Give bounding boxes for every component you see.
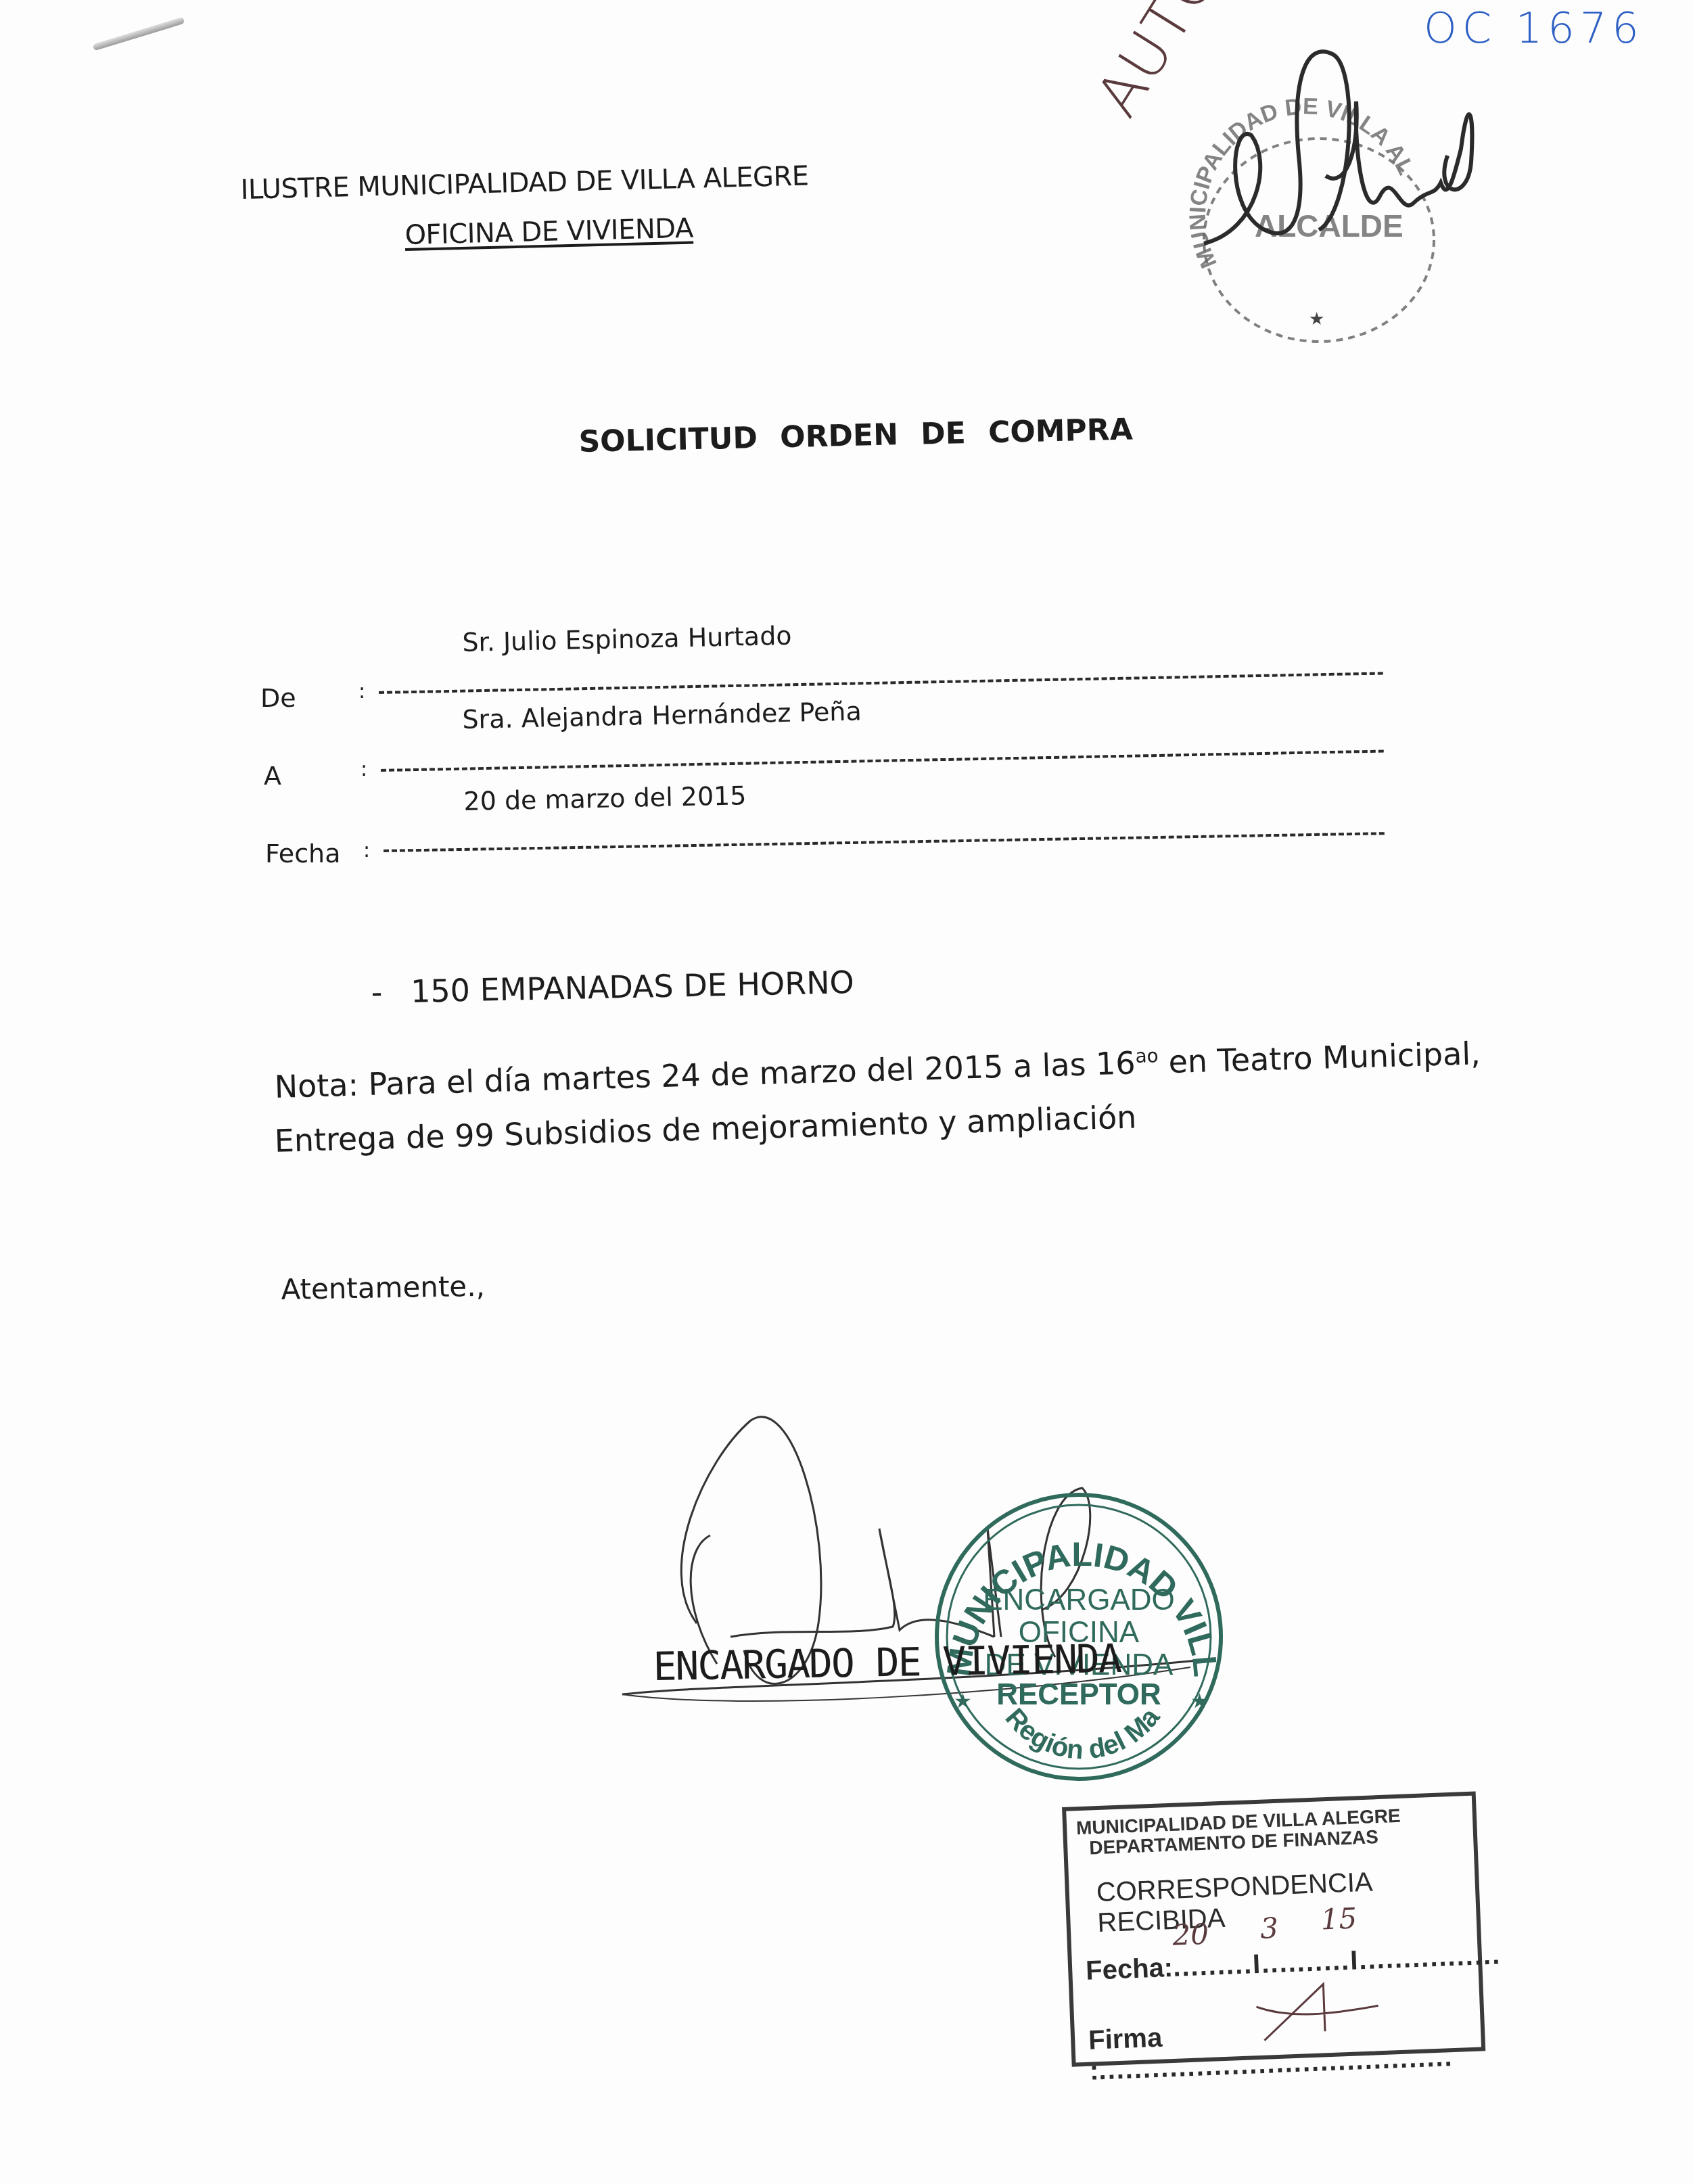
staple-mark: [93, 17, 185, 51]
received-stamp-line-3: CORRESPONDENCIA RECIBIDA: [1096, 1863, 1477, 1938]
item-bullet: -: [371, 974, 383, 1010]
field-date-label: Fecha: [265, 839, 340, 868]
alcalde-signature: [1177, 41, 1556, 298]
signature-title: ENCARGADO DE VIVIENDA: [653, 1635, 1121, 1690]
list-item: -150 EMPANADAS DE HORNO: [371, 964, 854, 1010]
note-line-1: Nota: Para el día martes 24 de marzo del…: [274, 1035, 1481, 1105]
office-name: OFICINA DE VIVIENDA: [404, 213, 693, 251]
note-line-2: Entrega de 99 Subsidios de mejoramiento …: [274, 1098, 1137, 1159]
institution-name: ILUSTRE MUNICIPALIDAD DE VILLA ALEGRE: [240, 160, 809, 206]
svg-text:★: ★: [954, 1690, 972, 1713]
field-date-line: [384, 832, 1385, 852]
field-from-label: De: [260, 683, 296, 713]
received-day: 20: [1172, 1918, 1209, 1952]
field-from-colon: :: [358, 680, 365, 703]
vivienda-stamp-line-1: ENCARGADO: [983, 1583, 1175, 1617]
svg-text:★: ★: [1309, 309, 1324, 329]
field-from-value: Sr. Julio Espinoza Hurtado: [462, 621, 792, 657]
vivienda-stamp: MUNICIPALIDAD VILLA ALEGRE Región del Ma…: [923, 1474, 1234, 1786]
field-to-value: Sra. Alejandra Hernández Peña: [462, 697, 862, 735]
field-from-line: [379, 672, 1383, 694]
received-signature-mark: [1249, 1968, 1387, 2048]
field-date-value: 20 de marzo del 2015: [463, 781, 747, 816]
field-to-line: [381, 750, 1384, 772]
item-text: 150 EMPANADAS DE HORNO: [411, 964, 855, 1010]
svg-text:★: ★: [1190, 1690, 1209, 1713]
received-year: 15: [1320, 1901, 1358, 1936]
time-superscript: ao: [1135, 1044, 1159, 1067]
received-month: 3: [1259, 1911, 1279, 1945]
field-to-colon: :: [361, 758, 367, 781]
received-stamp: MUNICIPALIDAD DE VILLA ALEGRE DEPARTAMEN…: [1062, 1792, 1485, 2067]
field-date-colon: :: [363, 839, 370, 862]
document-title: SOLICITUD ORDEN DE COMPRA: [578, 412, 1133, 459]
field-to-label: A: [264, 761, 281, 791]
closing-text: Atentamente.,: [281, 1270, 485, 1306]
